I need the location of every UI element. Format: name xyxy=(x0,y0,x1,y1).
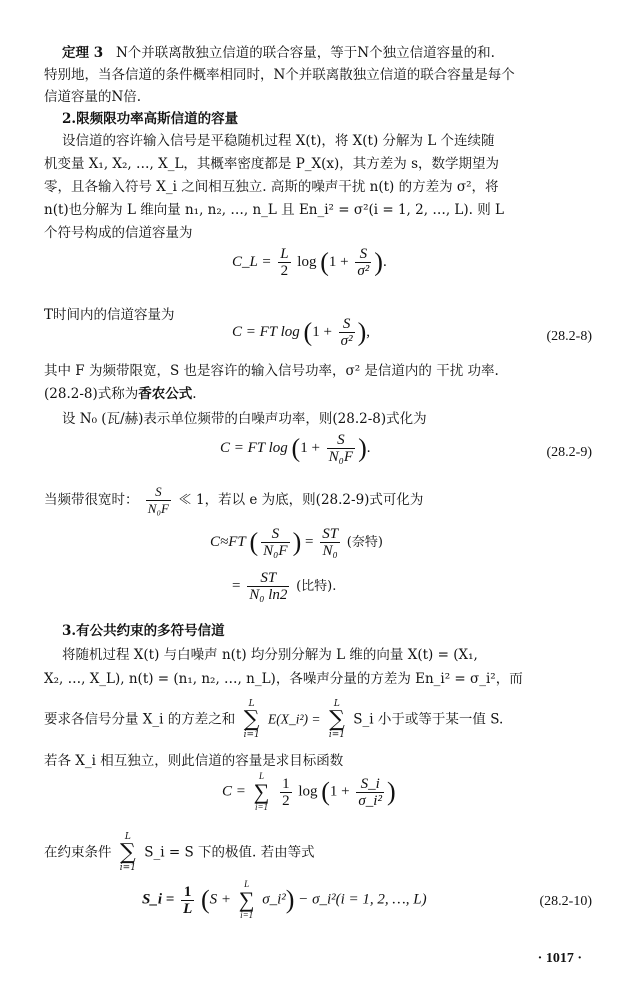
equation-28-2-10: S_i = 1L (S + L∑i=1 σ_i²) − σ_i²(i = 1, … xyxy=(142,880,427,920)
section-2-heading: 2.限频限功率高斯信道的容量 xyxy=(62,110,610,128)
equation-number-28-2-9: (28.2-9) xyxy=(547,445,593,461)
shannon-formula-term: 香农公式 xyxy=(138,386,192,402)
equation-number-28-2-8: (28.2-8) xyxy=(547,329,593,345)
theorem-3-line-1: 定理 3 N个并联离散独立信道的联合容量，等于N个独立信道容量的和. xyxy=(62,44,610,62)
equation-28-2-9: C = FT log (1 + SN₀F). xyxy=(220,432,370,465)
section-2-p4: 设 N₀ (瓦/赫)表示单位频带的白噪声功率，则(28.2-8)式化为 xyxy=(62,410,610,428)
section-3-p3: 在约束条件 L∑i=1 S_i = S 下的极值. 若由等式 xyxy=(44,833,610,873)
section-2-p1-line-2: 机变量 X₁, X₂, …, X_L，其概率密度都是 P_X(x)，其方差为 s… xyxy=(44,155,610,173)
section-2-p1-line-3: 零，且各输入符号 X_i 之间相互独立. 高斯的噪声干扰 n(t) 的方差为 σ… xyxy=(44,178,610,196)
equation-objective-function: C = L∑i=1 12 log (1 + S_iσ_i²) xyxy=(222,772,396,812)
section-3-p1-line-3: 要求各信号分量 X_i 的方差之和 L∑i=1 E(X_i²) = L∑i=1 … xyxy=(44,700,610,740)
equation-number-28-2-10: (28.2-10) xyxy=(540,894,593,910)
section-3-p1-line-2: X₂, …, X_L), n(t) = (n₁, n₂, …, n_L)，各噪声… xyxy=(44,670,610,688)
section-2-p5: 当频带很宽时： SN₀F ≪ 1，若以 e 为底，则(28.2-9)式可化为 xyxy=(44,484,610,517)
equation-approx-bits: = STN₀ ln2 (比特). xyxy=(232,570,336,603)
theorem-3-line-3: 信道容量的N倍. xyxy=(44,88,610,106)
section-2-p3-line-2: (28.2-8)式称为香农公式. xyxy=(44,385,610,403)
equation-channel-capacity-L: C_L = L2 log (1 + Sσ²). xyxy=(232,246,387,279)
theorem-3-line-2: 特别地，当各信道的条件概率相同时，N个并联离散独立信道的联合容量是每个 xyxy=(44,66,610,84)
section-3-heading: 3.有公共约束的多符号信道 xyxy=(62,622,610,640)
section-2-p1-line-4: n(t)也分解为 L 维向量 n₁, n₂, …, n_L 且 En_i² = … xyxy=(44,201,610,219)
equation-28-2-8: C = FT log (1 + Sσ²), xyxy=(232,316,370,349)
section-2-p1-line-5: 个符号构成的信道容量为 xyxy=(44,224,610,242)
section-2-p1-line-1: 设信道的容许输入信号是平稳随机过程 X(t)，将 X(t) 分解为 L 个连续随 xyxy=(62,132,610,150)
section-3-p1-line-1: 将随机过程 X(t) 与白噪声 n(t) 均分别分解为 L 维的向量 X(t) … xyxy=(62,646,610,664)
section-2-p3-line-1: 其中 F 为频带限宽，S 也是容许的输入信号功率，σ² 是信道内的 干扰 功率. xyxy=(44,362,610,380)
section-3-p2: 若各 X_i 相互独立，则此信道的容量是求目标函数 xyxy=(44,752,610,770)
page-number: · 1017 · xyxy=(538,951,582,967)
equation-approx-nats: C≈FT (SN₀F) = STN₀ (奈特) xyxy=(210,526,383,559)
theorem-label: 定理 3 xyxy=(62,45,103,61)
